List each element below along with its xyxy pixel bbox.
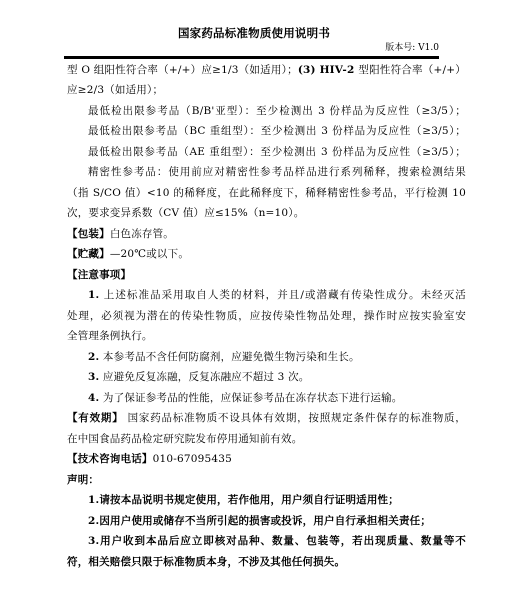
doc-line: 型 O 组阳性符合率（+/+）应≥1/3（如适用）；(3) HIV-2 型阳性符… bbox=[67, 60, 466, 81]
text-segment: 在中国食品药品检定研究院发布停用通知前有效。 bbox=[67, 433, 302, 445]
bold-text-segment: 【贮藏】 bbox=[67, 248, 110, 260]
bold-text-segment: (3) HIV-2 bbox=[298, 64, 359, 76]
text-segment: 型阳性符合率（+/+） bbox=[358, 64, 466, 76]
doc-line: 【贮藏】—20℃或以下。 bbox=[67, 244, 466, 265]
text-segment: 010-67095435 bbox=[153, 453, 232, 465]
bold-text-segment: 4. bbox=[88, 392, 99, 404]
text-segment: 最低检出限参考品（BC 重组型）：至少检测出 3 份样品为反应性（≥3/5）； bbox=[88, 125, 466, 137]
bold-text-segment: 【注意事项】 bbox=[67, 269, 131, 281]
text-segment: 为了保证参考品的性能，应保证参考品在冻存状态下进行运输。 bbox=[99, 392, 402, 404]
doc-line: 最低检出限参考品（AE 重组型）：至少检测出 3 份样品为反应性（≥3/5）； bbox=[67, 142, 466, 163]
doc-line: 声明： bbox=[67, 470, 466, 491]
doc-line: 【有效期】 国家药品标准物质不设具体有效期，按照规定条件保存的标准物质， bbox=[67, 408, 466, 429]
text-segment: 应≥2/3（如适用）； bbox=[67, 84, 163, 96]
text-segment: 全管理条例执行。 bbox=[67, 330, 153, 342]
bold-text-segment: 【包装】 bbox=[67, 228, 110, 240]
doc-title: 国家药品标准物质使用说明书 bbox=[0, 26, 508, 40]
bold-text-segment: 2. bbox=[88, 351, 99, 363]
text-segment: 本参考品不含任何防腐剂，应避免微生物污染和生长。 bbox=[99, 351, 359, 363]
doc-line: 最低检出限参考品（BC 重组型）：至少检测出 3 份样品为反应性（≥3/5）； bbox=[67, 121, 466, 142]
text-segment: 上述标准品采用取自人类的材料，并且/或潜藏有传染性成分。未经灭活 bbox=[99, 289, 466, 301]
doc-line: 3. 应避免反复冻融，反复冻融应不超过 3 次。 bbox=[67, 367, 466, 388]
bold-text-segment: 符，相关赔偿只限于标准物质本身，不涉及其他任何损失。 bbox=[67, 556, 345, 568]
doc-line: 1.请按本品说明书规定使用，若作他用，用户须自行证明适用性； bbox=[67, 490, 466, 511]
doc-line: 应≥2/3（如适用）； bbox=[67, 80, 466, 101]
text-segment: 精密性参考品：使用前应对精密性参考品样品进行系列稀释，搜索检测结果 bbox=[88, 166, 466, 178]
header-rule bbox=[64, 56, 439, 59]
doc-line: 处理，必须视为潜在的传染性物质，应按传染性物品处理，操作时应按实验室安 bbox=[67, 306, 466, 327]
text-segment: 最低检出限参考品（AE 重组型）：至少检测出 3 份样品为反应性（≥3/5）； bbox=[88, 146, 466, 158]
doc-line: 2. 本参考品不含任何防腐剂，应避免微生物污染和生长。 bbox=[67, 347, 466, 368]
bold-text-segment: 【有效期】 bbox=[67, 412, 124, 424]
bold-text-segment: 【技术咨询电话】 bbox=[67, 453, 153, 465]
doc-line: 【包装】白色冻存管。 bbox=[67, 224, 466, 245]
doc-line: 符，相关赔偿只限于标准物质本身，不涉及其他任何损失。 bbox=[67, 552, 466, 573]
bold-text-segment: 3.用户收到本品后应立即核对品种、数量、包装等，若出现质量、数量等不 bbox=[88, 535, 466, 547]
bold-text-segment: 3. bbox=[88, 371, 99, 383]
doc-line: 3.用户收到本品后应立即核对品种、数量、包装等，若出现质量、数量等不 bbox=[67, 531, 466, 552]
doc-line: 【技术咨询电话】010-67095435 bbox=[67, 449, 466, 470]
version-label: 版本号: V1.0 bbox=[0, 43, 439, 54]
doc-line: 4. 为了保证参考品的性能，应保证参考品在冻存状态下进行运输。 bbox=[67, 388, 466, 409]
doc-line: （指 S/CO 值）<10 的稀释度，在此稀释度下，稀释精密性参考品，平行检测 … bbox=[67, 183, 466, 204]
bold-text-segment: 声明： bbox=[67, 474, 99, 486]
doc-line: 次，要求变异系数（CV 值）应≤15%（n=10）。 bbox=[67, 203, 466, 224]
doc-line: 1. 上述标准品采用取自人类的材料，并且/或潜藏有传染性成分。未经灭活 bbox=[67, 285, 466, 306]
text-segment: 处理，必须视为潜在的传染性物质，应按传染性物品处理，操作时应按实验室安 bbox=[67, 310, 466, 322]
text-segment: 白色冻存管。 bbox=[110, 228, 174, 240]
text-segment: 国家药品标准物质不设具体有效期，按照规定条件保存的标准物质， bbox=[124, 412, 467, 424]
text-segment: 型 O 组阳性符合率（+/+）应≥1/3（如适用）； bbox=[67, 64, 298, 76]
text-segment: （指 S/CO 值）<10 的稀释度，在此稀释度下，稀释精密性参考品，平行检测 … bbox=[67, 187, 466, 199]
doc-body: 型 O 组阳性符合率（+/+）应≥1/3（如适用）；(3) HIV-2 型阳性符… bbox=[67, 60, 466, 573]
doc-line: 在中国食品药品检定研究院发布停用通知前有效。 bbox=[67, 429, 466, 450]
text-segment: 最低检出限参考品（B/B'亚型）：至少检测出 3 份样品为反应性（≥3/5）； bbox=[88, 105, 466, 117]
text-segment: 应避免反复冻融，反复冻融应不超过 3 次。 bbox=[99, 371, 309, 383]
bold-text-segment: 2.因用户使用或储存不当所引起的损害或投诉，用户自行承担相关责任； bbox=[88, 515, 431, 527]
doc-line: 【注意事项】 bbox=[67, 265, 466, 286]
text-segment: 次，要求变异系数（CV 值）应≤15%（n=10）。 bbox=[67, 207, 304, 219]
document-page: 国家药品标准物质使用说明书 版本号: V1.0 型 O 组阳性符合率（+/+）应… bbox=[0, 0, 508, 612]
bold-text-segment: 1.请按本品说明书规定使用，若作他用，用户须自行证明适用性； bbox=[88, 494, 399, 506]
doc-line: 精密性参考品：使用前应对精密性参考品样品进行系列稀释，搜索检测结果 bbox=[67, 162, 466, 183]
doc-line: 2.因用户使用或储存不当所引起的损害或投诉，用户自行承担相关责任； bbox=[67, 511, 466, 532]
doc-line: 全管理条例执行。 bbox=[67, 326, 466, 347]
doc-line: 最低检出限参考品（B/B'亚型）：至少检测出 3 份样品为反应性（≥3/5）； bbox=[67, 101, 466, 122]
bold-text-segment: 1. bbox=[88, 289, 99, 301]
text-segment: —20℃或以下。 bbox=[110, 248, 189, 260]
